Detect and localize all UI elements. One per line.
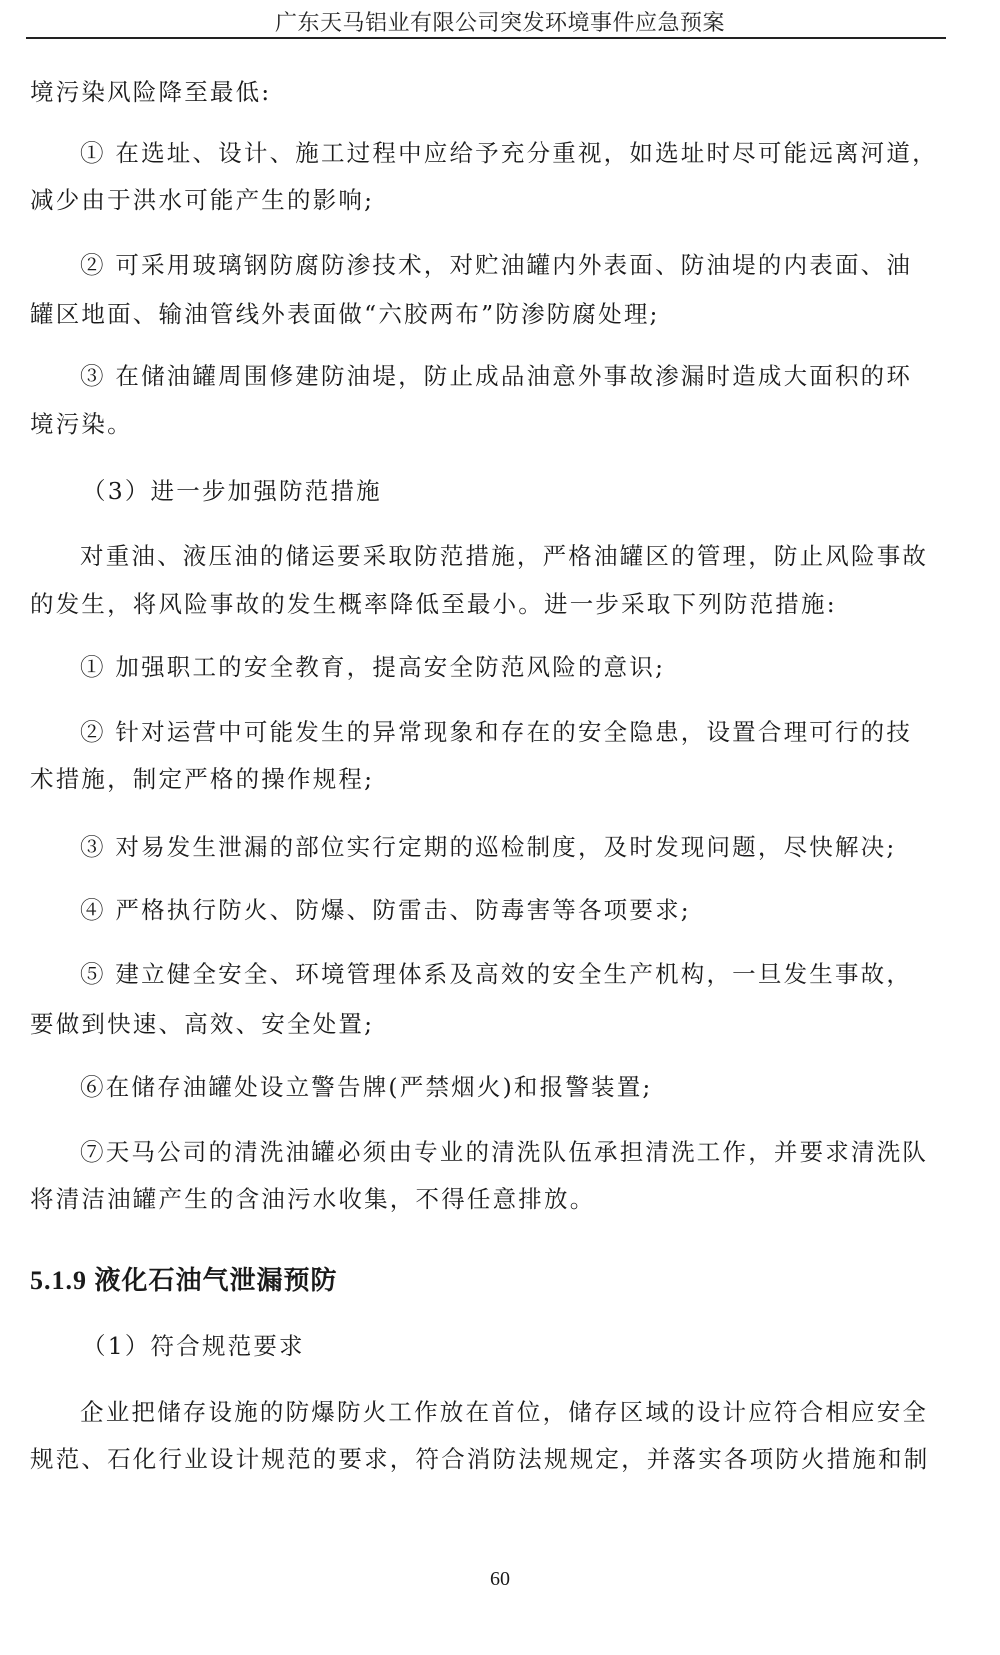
page-number: 60 [0, 1568, 1000, 1591]
list-item-6: ⑥在储存油罐处设立警告牌(严禁烟火)和报警装置; [80, 1068, 653, 1102]
paragraph-line: 将清洁油罐产生的含油污水收集，不得任意排放。 [30, 1180, 595, 1214]
paragraph-line: 减少由于洪水可能产生的影响; [30, 181, 374, 215]
list-item-1: ① 在选址、设计、施工过程中应给予充分重视，如选址时尽可能远离河道， [80, 134, 938, 168]
paragraph-line: 要做到快速、高效、安全处置; [30, 1005, 374, 1039]
subheading-3: （3）进一步加强防范措施 [82, 472, 382, 506]
section-heading: 5.1.9 液化石油气泄漏预防 [30, 1260, 338, 1297]
list-item-4: ④ 严格执行防火、防爆、防雷击、防毒害等各项要求; [80, 891, 691, 925]
list-item-2: ② 可采用玻璃钢防腐防渗技术，对贮油罐内外表面、防油堤的内表面、油 [80, 246, 912, 280]
paragraph-line: 对重油、液压油的储运要采取防范措施，严格油罐区的管理，防止风险事故 [80, 537, 928, 571]
paragraph-line: 规范、石化行业设计规范的要求，符合消防法规规定，并落实各项防火措施和制 [30, 1440, 930, 1474]
paragraph-line: 境污染。 [30, 405, 133, 439]
list-item-3: ③ 在储油罐周围修建防油堤，防止成品油意外事故渗漏时造成大面积的环 [80, 357, 912, 391]
paragraph-line: 的发生，将风险事故的发生概率降低至最小。进一步采取下列防范措施: [30, 585, 837, 619]
paragraph-line: 罐区地面、输油管线外表面做“六胶两布”防渗防腐处理; [30, 295, 660, 329]
paragraph-line: 企业把储存设施的防爆防火工作放在首位，储存区域的设计应符合相应安全 [80, 1393, 928, 1427]
list-item-1: ① 加强职工的安全教育，提高安全防范风险的意识; [80, 648, 665, 682]
paragraph-line: 境污染风险降至最低: [30, 73, 271, 107]
paragraph-line: 术措施，制定严格的操作规程; [30, 760, 374, 794]
header-divider [26, 37, 946, 39]
subheading-1: （1）符合规范要求 [82, 1327, 305, 1361]
list-item-7: ⑦天马公司的清洗油罐必须由专业的清洗队伍承担清洗工作，并要求清洗队 [80, 1133, 928, 1167]
page-header-title: 广东天马铝业有限公司突发环境事件应急预案 [0, 6, 1000, 37]
list-item-2: ② 针对运营中可能发生的异常现象和存在的安全隐患，设置合理可行的技 [80, 713, 912, 747]
list-item-3: ③ 对易发生泄漏的部位实行定期的巡检制度，及时发现问题，尽快解决; [80, 828, 897, 862]
list-item-5: ⑤ 建立健全安全、环境管理体系及高效的安全生产机构，一旦发生事故， [80, 955, 912, 989]
